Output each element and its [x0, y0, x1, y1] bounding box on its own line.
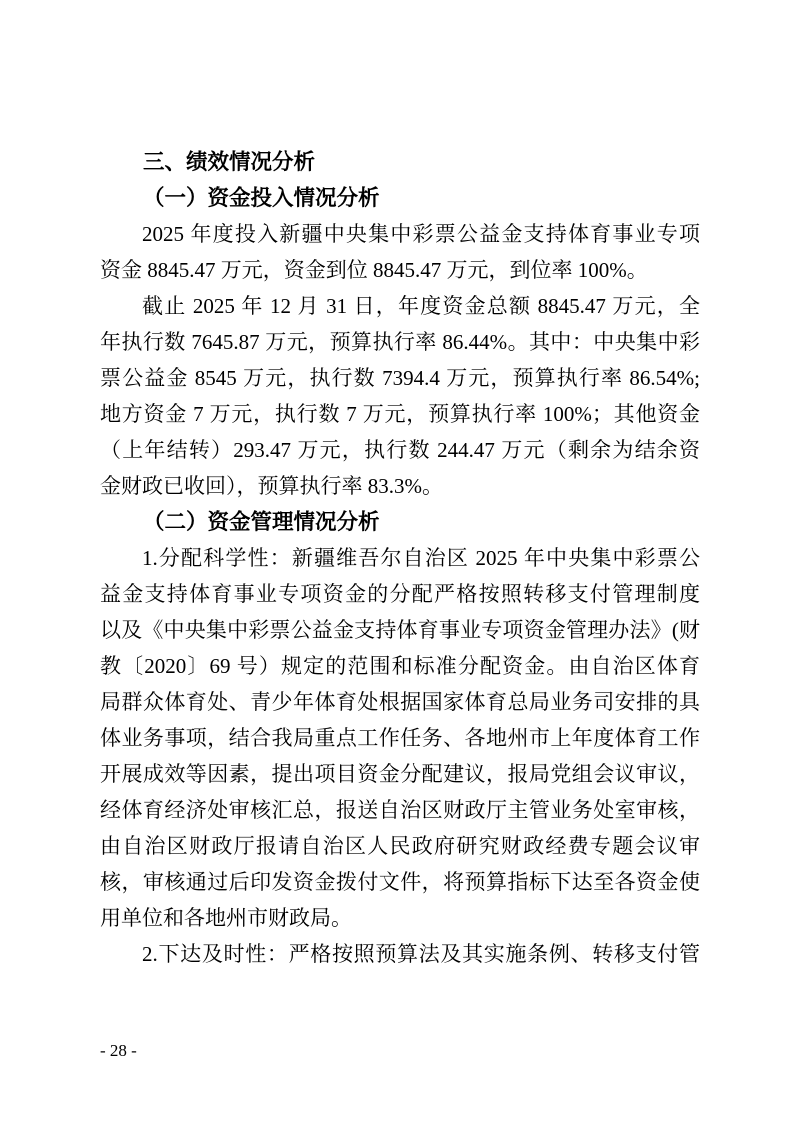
page-number: - 28 -	[100, 1040, 137, 1062]
paragraph-budget-execution-line: 金财政已收回），预算执行率 83.3%。	[100, 468, 700, 504]
subsection-heading-funding-management: （二）资金管理情况分析	[100, 504, 700, 540]
paragraph-allocation-science-line: 益金支持体育事业专项资金的分配严格按照转移支付管理制度	[100, 576, 700, 612]
paragraph-timeliness-line: 2.下达及时性：严格按照预算法及其实施条例、转移支付管	[100, 936, 700, 972]
paragraph-budget-execution-line: 年执行数 7645.87 万元，预算执行率 86.44%。其中：中央集中彩	[100, 324, 700, 360]
paragraph-allocation-science-line: 体业务事项，结合我局重点工作任务、各地州市上年度体育工作	[100, 720, 700, 756]
paragraph-allocation-science-line: 由自治区财政厅报请自治区人民政府研究财政经费专题会议审	[100, 828, 700, 864]
document-body: 三、绩效情况分析（一）资金投入情况分析2025 年度投入新疆中央集中彩票公益金支…	[100, 144, 700, 972]
paragraph-allocation-science-line: 开展成效等因素，提出项目资金分配建议，报局党组会议审议，	[100, 756, 700, 792]
paragraph-allocation-science-line: 局群众体育处、青少年体育处根据国家体育总局业务司安排的具	[100, 684, 700, 720]
document-page: 三、绩效情况分析（一）资金投入情况分析2025 年度投入新疆中央集中彩票公益金支…	[0, 0, 793, 1122]
paragraph-funding-input-line: 2025 年度投入新疆中央集中彩票公益金支持体育事业专项	[100, 216, 700, 252]
paragraph-allocation-science-line: 用单位和各地州市财政局。	[100, 900, 700, 936]
subsection-heading-funding-input: （一）资金投入情况分析	[100, 180, 700, 216]
paragraph-allocation-science-line: 1.分配科学性：新疆维吾尔自治区 2025 年中央集中彩票公	[100, 540, 700, 576]
paragraph-funding-input-line: 资金 8845.47 万元，资金到位 8845.47 万元，到位率 100%。	[100, 252, 700, 288]
paragraph-allocation-science-line: 教〔2020〕69 号）规定的范围和标准分配资金。由自治区体育	[100, 648, 700, 684]
paragraph-budget-execution-line: 地方资金 7 万元，执行数 7 万元，预算执行率 100%；其他资金	[100, 396, 700, 432]
paragraph-budget-execution-line: 票公益金 8545 万元，执行数 7394.4 万元，预算执行率 86.54%;	[100, 360, 700, 396]
paragraph-budget-execution-line: 截止 2025 年 12 月 31 日，年度资金总额 8845.47 万元，全	[100, 288, 700, 324]
section-heading: 三、绩效情况分析	[100, 144, 700, 180]
paragraph-allocation-science-line: 核，审核通过后印发资金拨付文件，将预算指标下达至各资金使	[100, 864, 700, 900]
paragraph-budget-execution-line: （上年结转）293.47 万元，执行数 244.47 万元（剩余为结余资	[100, 432, 700, 468]
paragraph-allocation-science-line: 经体育经济处审核汇总，报送自治区财政厅主管业务处室审核，	[100, 792, 700, 828]
paragraph-allocation-science-line: 以及《中央集中彩票公益金支持体育事业专项资金管理办法》(财	[100, 612, 700, 648]
